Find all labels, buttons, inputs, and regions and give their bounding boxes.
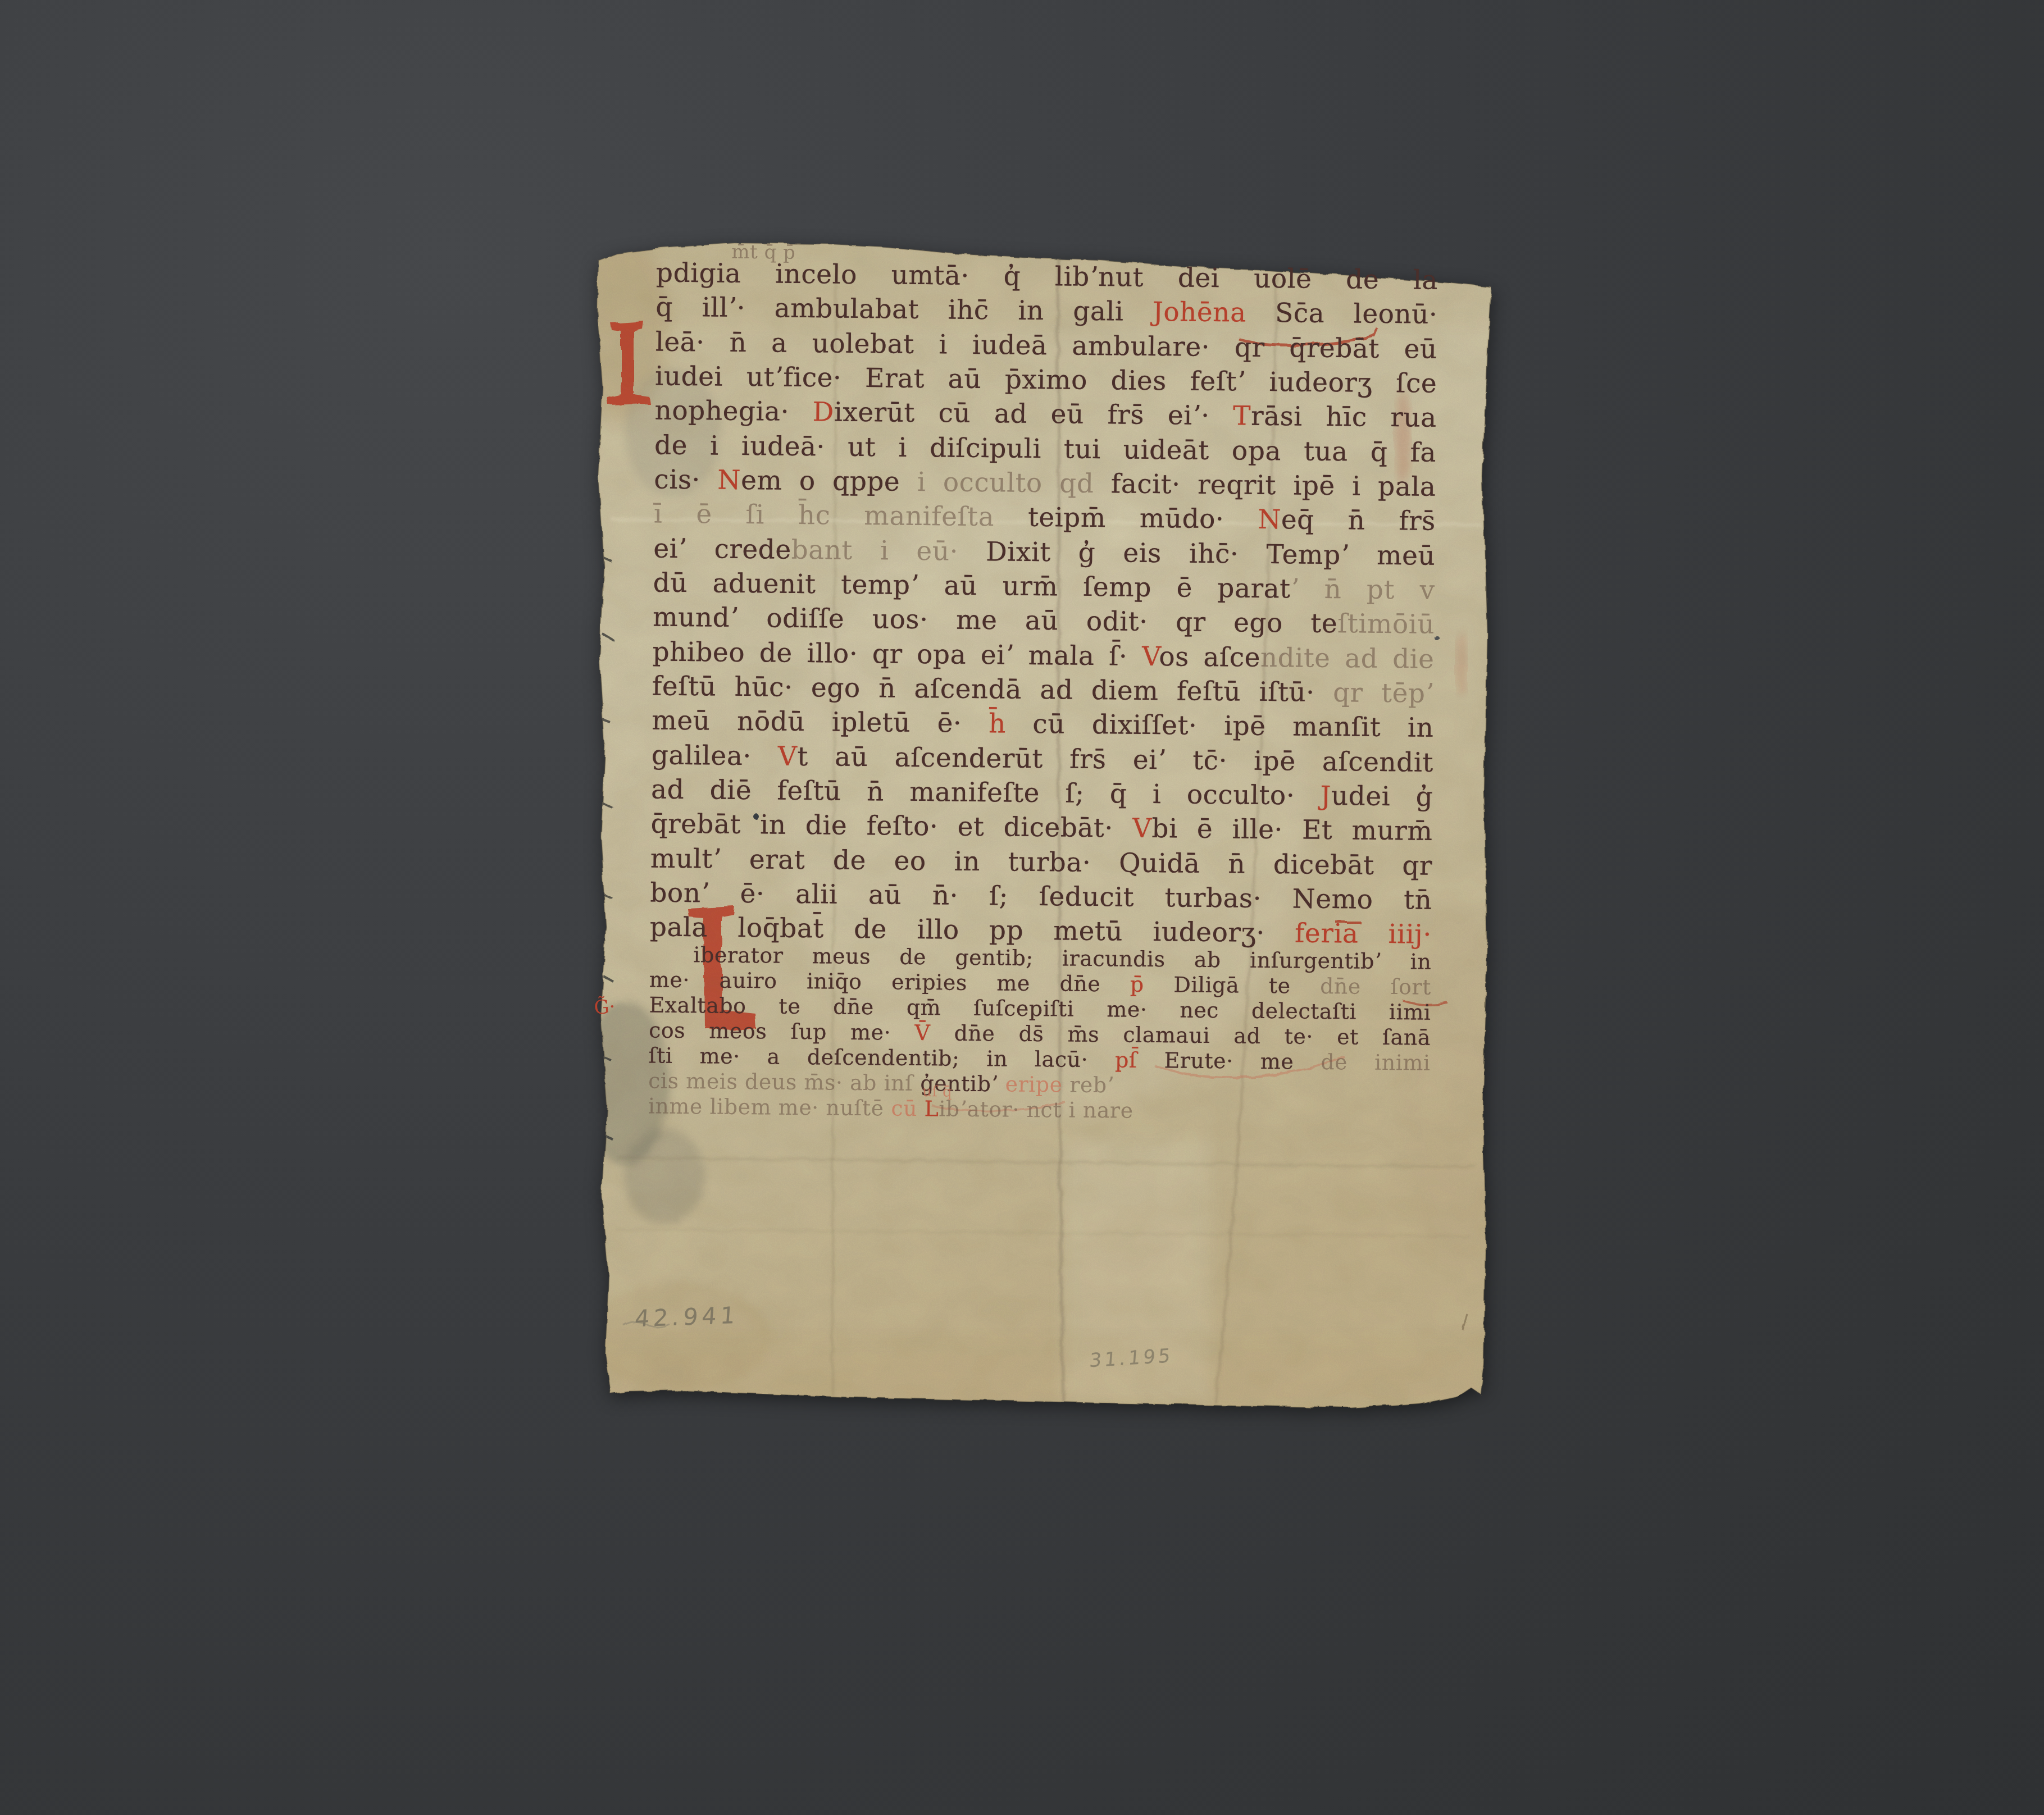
text-segment-ink: galilea·: [652, 740, 779, 772]
manuscript-text-line: eiʼ credebant i eū· Dixit g̓ eis ihc̄· T…: [653, 535, 1435, 569]
text-segment-red: D: [812, 396, 834, 427]
text-segment-ink: cos meos ſup me·: [649, 1018, 915, 1045]
text-segment-ink: bi ē ille· Et murm̄: [1151, 813, 1433, 847]
text-segment-ink: bonʼ ē· alii aū n̄· ſ; ſeducit turbas· N…: [650, 877, 1432, 915]
text-segment-ink: Diligā te: [1173, 972, 1320, 998]
text-segment-faded: bant i eū·: [791, 535, 986, 567]
text-segment-ink: dū aduenit tempʼ aū urm̄ ſemp ē parat: [653, 567, 1290, 604]
text-segment-ink: ad diē feſtū n̄ manifeſte ſ; q̄ i occult…: [651, 774, 1321, 811]
text-segment-ink: multʼ erat de eo in turba· Quidā n̄ dice…: [650, 843, 1432, 881]
text-segment-faded: ndite ad die: [1260, 642, 1435, 675]
manuscript-text-line: iudei utʼfice· Erat aū p̄ximo dies feſtʼ…: [655, 363, 1437, 396]
text-segment-red: T: [1233, 400, 1251, 431]
text-segment-faded: ibʼator· nct i nare: [939, 1096, 1133, 1123]
text-segment-ink: ſti me· a deſcendentib; in lacū·: [648, 1043, 1115, 1072]
manuscript-text-line: ad diē feſtū n̄ manifeſte ſ; q̄ i occult…: [651, 776, 1433, 810]
text-segment-red: feria iiij·: [1295, 918, 1432, 950]
text-segment-ink: t aū aſcenderūt frs̄ eiʼ tc̄· ipē aſcend…: [797, 741, 1433, 778]
text-segment-ink: cū dixiſſet· ipē manſit in: [1032, 709, 1433, 744]
text-segment-fadedred: uſ q̄: [922, 1083, 953, 1101]
text-segment-ink: eiʼ crede: [653, 533, 791, 565]
manuscript-text-line: meū nōdū ipletū ē· h̄ cū dixiſſet· ipē m…: [652, 707, 1433, 741]
text-segment-faded: ʼ n̄ pt v: [1290, 573, 1435, 605]
text-segment-faded: dn̄e ſort: [1320, 974, 1431, 1000]
text-segment-faded: manifeſta: [864, 500, 1028, 533]
text-segment-red: Johēna: [1153, 297, 1276, 329]
text-segment-red: V: [1142, 641, 1159, 672]
text-segment-ink: udei g̓: [1331, 781, 1433, 813]
text-segment-ink: meū nōdū ipletū ē·: [652, 705, 989, 739]
text-segment-red: V: [1132, 813, 1152, 844]
text-segment-fadedred: cū: [891, 1096, 925, 1121]
text-segment-ink: ixerūt cū ad eū frs̄ eiʼ·: [834, 397, 1233, 432]
text-segment-ink: nophegia·: [654, 395, 813, 427]
manuscript-text-block: G̃· 42.941 31.195 m̄t q̄ p̄pdigia incelo…: [582, 240, 1492, 1423]
text-segment-ink: q̄rebāt in die feſto· et dicebāt·: [650, 808, 1132, 843]
text-segment-faded: de inimi: [1321, 1050, 1431, 1075]
margin-rubric-mark: G̃·: [593, 996, 616, 1019]
text-segment-ink: pdigia incelo umtā· q̓ libʼnut dei uolē …: [656, 258, 1438, 296]
text-segment-ink: eq̄ n̄ frs̄: [1281, 504, 1436, 537]
text-segment-red: V: [778, 741, 798, 772]
text-segment-faded: ſtimōiū: [1337, 608, 1435, 640]
text-segment-faded: i occulto qd: [917, 467, 1112, 499]
text-segment-red: pſ̄: [1115, 1047, 1164, 1073]
text-segment-ink: me· auiro iniq̄o eripies me dn̄e: [649, 967, 1130, 996]
text-segment-ink: q̄ illʼ· ambulabat ihc̄ in gali: [655, 291, 1153, 327]
manuscript-text-line: pdigia incelo umtā· q̓ libʼnut dei uolē …: [656, 260, 1438, 294]
text-segment-faded: qr tēpʼ: [1333, 677, 1434, 709]
pencil-shelfmark-number: 31.195: [1089, 1344, 1174, 1372]
manuscript-text-line: dū aduenit tempʼ aū urm̄ ſemp ē paratʼ n…: [653, 569, 1435, 603]
manuscript-text-line: bonʼ ē· alii aū n̄· ſ; ſeducit turbas· N…: [650, 879, 1432, 913]
text-segment-ink: Sc̄a leonū·: [1275, 298, 1438, 330]
text-segment-ink: Dixit g̓ eis ihc̄· Tempʼ meū: [986, 536, 1436, 572]
text-segment-ink: teipm̄ mūdo·: [1028, 502, 1258, 535]
text-segment-ink: phibeo de illo· qr opa eiʼ mala ſ̄·: [652, 636, 1142, 672]
text-segment-ink: iudei utʼfice· Erat aū p̄ximo dies feſtʼ…: [655, 361, 1437, 399]
text-segment-red: N: [1258, 504, 1281, 535]
text-segment-ink: cis·: [654, 464, 717, 495]
text-segment-faded: nuſtē: [826, 1095, 891, 1120]
text-segment-ink: feſtū hūc· ego n̄ aſcendā ad diem feſtū …: [652, 671, 1333, 708]
manuscript-text-line: leā· n̄ a uolebat i iudeā ambulare· qr q…: [655, 329, 1437, 362]
text-segment-red: V̄: [914, 1020, 954, 1046]
text-segment-faded: cis meis deus: [648, 1068, 804, 1095]
manuscript-text-line: feſtū hūc· ego n̄ aſcendā ad diem feſtū …: [652, 673, 1434, 706]
manuscript-text-line: multʼ erat de eo in turba· Quidā n̄ dice…: [650, 845, 1432, 879]
text-segment-ink: rāsi hīc rua: [1251, 401, 1437, 434]
text-segment-faded: m̄s· ab inſ: [804, 1070, 920, 1096]
manuscript-text-line: galilea· Vt aū aſcenderūt frs̄ eiʼ tc̄· …: [652, 742, 1433, 776]
manuscript-text-line: de i iudeā· ut i diſcipuli tui uideāt op…: [654, 432, 1436, 466]
pencil-inventory-number: 42.941: [634, 1302, 740, 1332]
manuscript-text-line: ī ē ſi h̄c manifeſta teipm̄ mūdo· Neq̄ n…: [654, 500, 1436, 534]
text-segment-ink: de i iudeā· ut i diſcipuli tui uideāt op…: [654, 430, 1436, 468]
manuscript-text-line: q̄ illʼ· ambulabat ihc̄ in gali Johēna S…: [655, 294, 1437, 327]
text-segment-faded: inme libem me·: [648, 1093, 826, 1120]
text-segment-red: N: [717, 465, 741, 496]
text-segment-ink: dn̄e ds̄ m̄s clamaui ad te· et ſanā: [954, 1021, 1431, 1050]
text-segment-red: J: [1320, 781, 1331, 811]
text-segment-ink: os aſce: [1159, 641, 1260, 673]
manuscript-text-line: uſ q̄: [922, 1084, 1091, 1101]
text-segment-red: h̄: [989, 708, 1033, 740]
manuscript-text-line: cis· Nem o qppe i occulto qd facit· reqr…: [654, 466, 1436, 500]
manuscript-text-line: nophegia· Dixerūt cū ad eū frs̄ eiʼ· Trā…: [654, 397, 1436, 431]
text-segment-ink: facit· reqrit ipē i pala: [1111, 468, 1436, 503]
text-segment-ink: mundʼ odiſſe uos· me aū odit· qr ego te: [653, 601, 1337, 639]
manuscript-text-line: q̄rebāt in die feſto· et dicebāt· Vbi ē …: [650, 810, 1432, 844]
manuscript-text-line: mundʼ odiſſe uos· me aū odit· qr ego teſ…: [653, 604, 1435, 637]
text-segment-ink: leā· n̄ a uolebat i iudeā ambulare· qr q…: [655, 326, 1437, 364]
text-segment-faded: ī ē ſi h̄c: [654, 498, 864, 531]
text-segment-red: p̄: [1130, 972, 1174, 997]
text-segment-ink: em o qppe: [741, 465, 917, 498]
manuscript-text-line: phibeo de illo· qr opa eiʼ mala ſ̄· Vos …: [652, 639, 1434, 672]
text-segment-ink: Erute· me: [1164, 1048, 1321, 1074]
